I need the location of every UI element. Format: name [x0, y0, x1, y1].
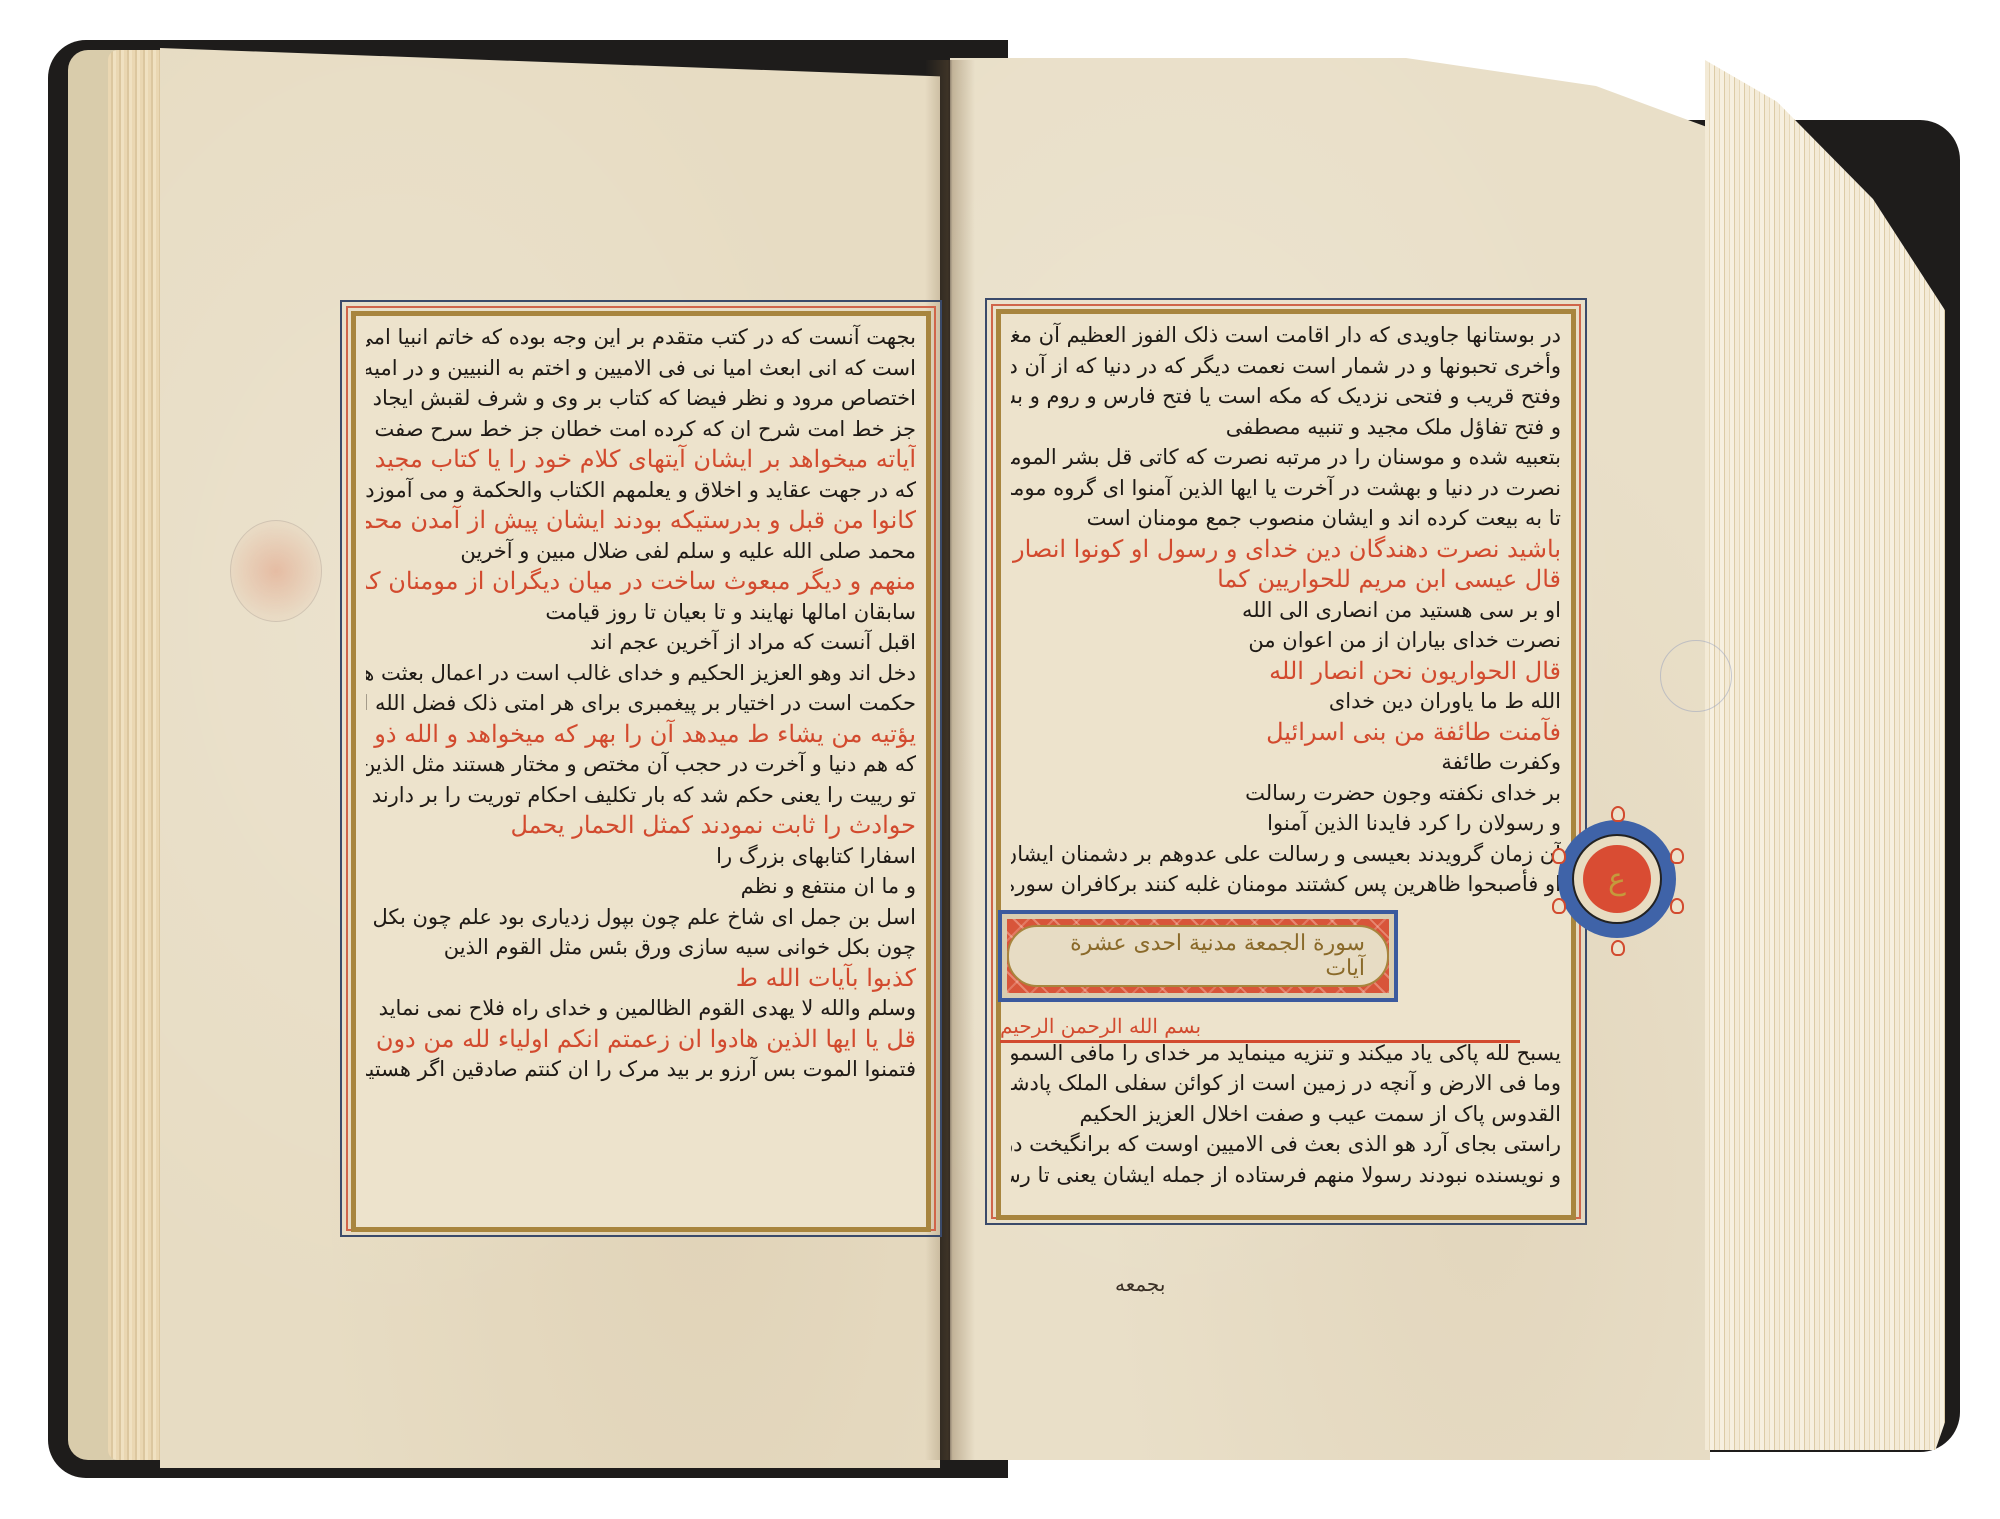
bismillah: بسم الله الرحمن الرحیم	[1000, 1014, 1201, 1038]
text-line: وفتح قریب و فتحی نزدیک که مکه است یا فتح…	[1011, 381, 1561, 412]
text-line: سابقان امالها نهایند و تا بعیان تا روز ق…	[366, 597, 916, 628]
medallion-petal-icon	[1611, 940, 1625, 956]
medallion-petal-icon	[1670, 898, 1684, 914]
bismillah-rule	[1000, 1040, 1520, 1043]
text-line: اسفارا کتابهای بزرگ را	[366, 841, 916, 872]
text-line: چون بکل خوانی سیه سازی ورق بئس مثل القوم…	[366, 932, 916, 963]
rubricated-line: قل یا ایها الذین هادوا ان زعمتم انکم اول…	[366, 1024, 916, 1055]
rubricated-line: قال عیسی ابن مریم للحواریین کما	[1011, 564, 1561, 595]
text-line: آن زمان گرویدند بعیسی و رسالت علی عدوهم …	[1011, 839, 1561, 870]
text-line: او بر سی هستید من انصاری الی الله	[1011, 595, 1561, 626]
medallion-petal-icon	[1670, 848, 1684, 864]
text-line: وأخری تحبونها و در شمار است نعمت دیگر که…	[1011, 351, 1561, 382]
text-lines-right: در بوستانها جاویدی که دار اقامت است ذلک …	[1011, 320, 1561, 1190]
surah-heading-panel: سورة الجمعة مدنیة احدی عشرة آیات	[998, 910, 1398, 1002]
text-line: که در جهت عقاید و اخلاق و یعلمهم الکتاب …	[366, 475, 916, 506]
text-line: دخل اند وهو العزیز الحکیم و خدای غالب اس…	[366, 658, 916, 689]
text-line: تا به بیعت کرده اند و ایشان منصوب جمع مو…	[1011, 503, 1561, 534]
seal-stain-left	[230, 520, 322, 622]
page-edges-left	[108, 50, 163, 1460]
text-line: تو رییت را یعنی حکم شد که بار تکلیف احکا…	[366, 780, 916, 811]
text-frame-right: در بوستانها جاویدی که دار اقامت است ذلک …	[985, 298, 1587, 1225]
rubricated-line: کذبوا بآیات الله ط	[366, 963, 916, 994]
text-line: اسل بن جمل ای شاخ علم چون بپول زدیاری بو…	[366, 902, 916, 933]
text-line: جز خط امت شرح ان که کرده امت خطان جز خط …	[366, 414, 916, 445]
text-line: محمد صلی الله علیه و سلم لفی ضلال مبین و…	[366, 536, 916, 567]
medallion-petal-icon	[1552, 848, 1566, 864]
text-line: بر خدای نکفته وجون حضرت رسالت	[1011, 778, 1561, 809]
text-line: بجهت آنست که در کتب متقدم بر این وجه بود…	[366, 322, 916, 353]
text-line: الله ط ما یاوران دین خدای	[1011, 686, 1561, 717]
page-edges-right	[1705, 60, 1945, 1450]
catchword: بجمعه	[1115, 1272, 1165, 1296]
text-line: او فأصبحوا ظاهرین پس کشتند مومنان غلبه ک…	[1011, 869, 1561, 900]
rubricated-line: حوادث را ثابت نمودند کمثل الحمار یحمل	[366, 810, 916, 841]
text-line: و ما ان منتفع و نظم	[366, 871, 916, 902]
text-line: القدوس پاک از سمت عیب و صفت اخلال العزیز…	[1011, 1099, 1561, 1130]
text-line: وما فی الارض و آنچه در زمین است از کوائن…	[1011, 1068, 1561, 1099]
text-line: در بوستانها جاویدی که دار اقامت است ذلک …	[1011, 320, 1561, 351]
rubricated-line: یؤتیه من یشاء ط میدهد آن را بهر که میخوا…	[366, 719, 916, 750]
illuminated-panel: سورة الجمعة مدنیة احدی عشرة آیات	[1007, 919, 1389, 993]
marginal-medallion: ع	[1558, 820, 1676, 938]
rubricated-line: باشید نصرت دهندگان دین خدای و رسول او کو…	[1011, 534, 1561, 565]
rubricated-line: قال الحواریون نحن انصار الله	[1011, 656, 1561, 687]
text-line: و رسولان را کرد فایدنا الذین آمنوا	[1011, 808, 1561, 839]
seal-impression-right	[1660, 640, 1732, 712]
text-line: اختصاص مرود و نظر فیضا که کتاب بر وی و ش…	[366, 383, 916, 414]
text-line: که هم دنیا و آخرت در حجب آن مختص و مختار…	[366, 749, 916, 780]
rubricated-line: آیاته میخواهد بر ایشان آیتهای کلام خود ر…	[366, 444, 916, 475]
text-line: نصرت در دنیا و بهشت در آخرت یا ایها الذی…	[1011, 473, 1561, 504]
text-line: و نویسنده نبودند رسولا منهم فرستاده از ج…	[1011, 1160, 1561, 1191]
rubricated-line: فآمنت طائفة من بنی اسرائیل	[1011, 717, 1561, 748]
text-line: نصرت خدای بیاران از من اعوان من	[1011, 625, 1561, 656]
rubricated-line: منهم و دیگر مبعوث ساخت در میان دیگران از…	[366, 566, 916, 597]
text-lines-left: بجهت آنست که در کتب متقدم بر این وجه بود…	[366, 322, 916, 1085]
text-line: است که انی ابعث امیا نی فی الامیین و اخت…	[366, 353, 916, 384]
text-line: و فتح تفاؤل ملک مجید و تنبیه مصطفی	[1011, 412, 1561, 443]
text-line: بتعبیه شده و موسنان را در مرتبه نصرت که …	[1011, 442, 1561, 473]
medallion-petal-icon	[1611, 806, 1625, 822]
text-line: وکفرت طائفة	[1011, 747, 1561, 778]
text-line: راستی بجای آرد هو الذی بعث فی الامیین او…	[1011, 1129, 1561, 1160]
medallion-glyph: ع	[1583, 845, 1651, 913]
text-frame-left: بجهت آنست که در کتب متقدم بر این وجه بود…	[340, 300, 942, 1237]
text-line: حکمت است در اختیار بر پیغمبری برای هر ام…	[366, 688, 916, 719]
text-line: وسلم والله لا یهدی القوم الظالمین و خدای…	[366, 993, 916, 1024]
text-line: اقبل آنست که مراد از آخرین عجم اند	[366, 627, 916, 658]
surah-title: سورة الجمعة مدنیة احدی عشرة آیات	[1007, 925, 1389, 987]
medallion-petal-icon	[1552, 898, 1566, 914]
text-line: فتمنوا الموت بس آرزو بر بید مرک را ان کن…	[366, 1054, 916, 1085]
rubricated-line: کانوا من قبل و بدرستیکه بودند ایشان پیش …	[366, 505, 916, 536]
